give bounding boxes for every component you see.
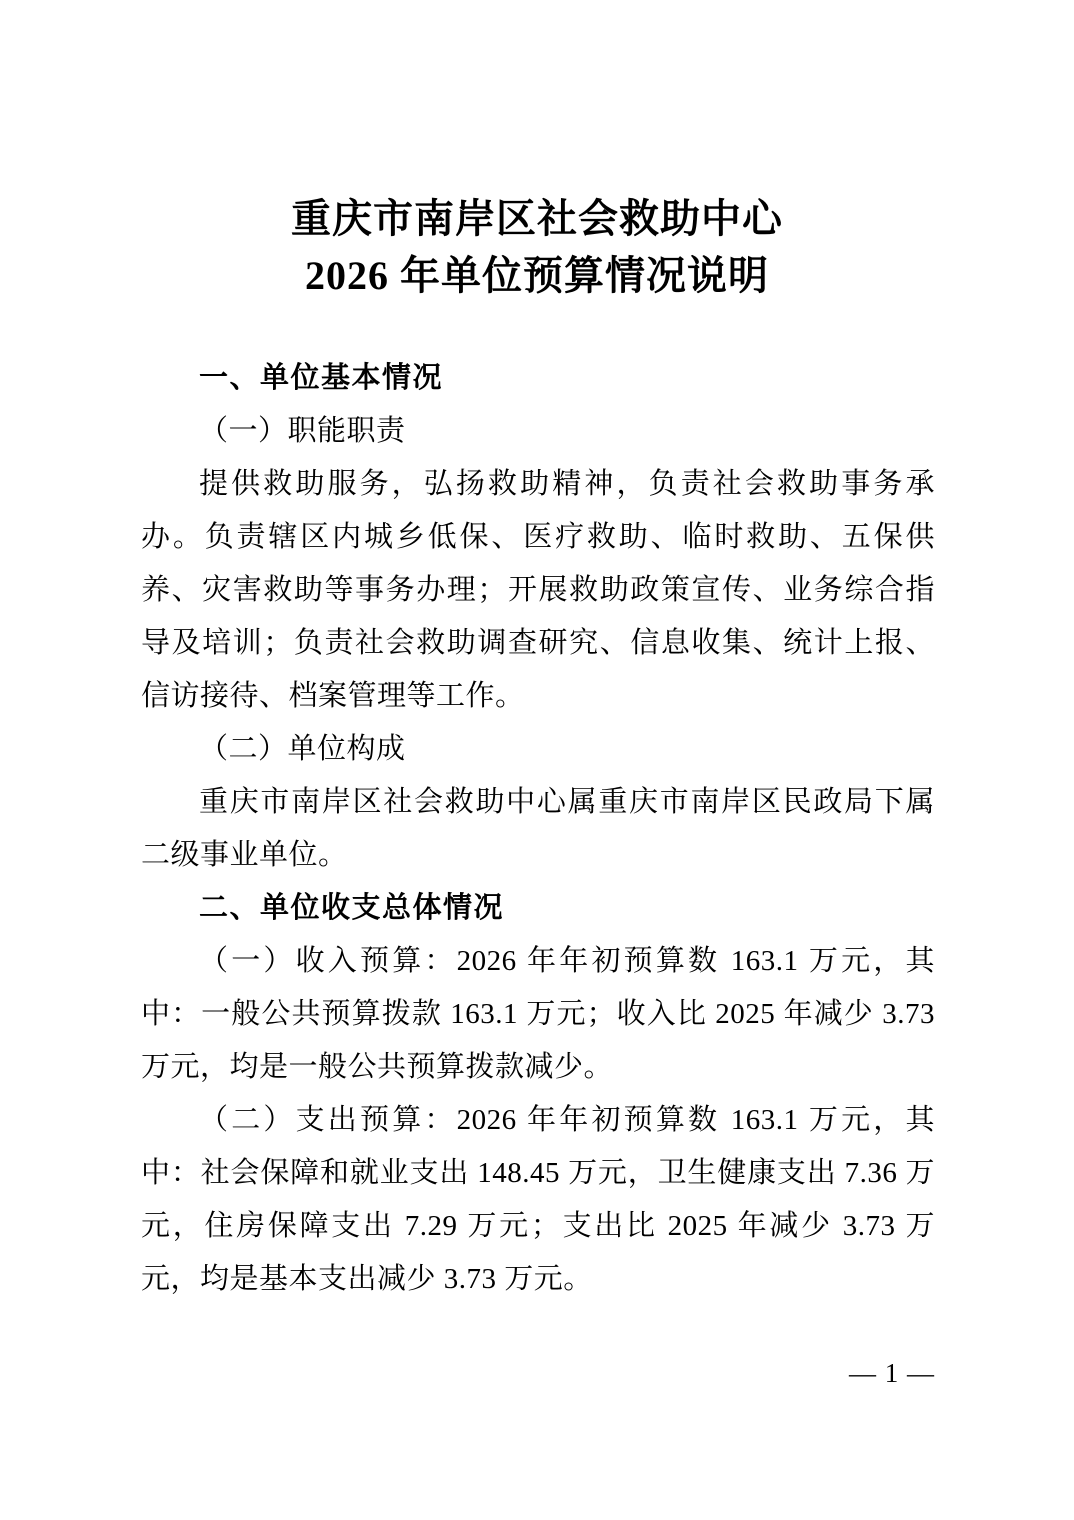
document-title: 重庆市南岸区社会救助中心 2026 年单位预算情况说明 <box>0 0 1074 304</box>
paragraph-expenditure-budget: （二）支出预算：2026 年年初预算数 163.1 万元，其中：社会保障和就业支… <box>141 1094 935 1306</box>
sub-heading-composition: （二）单位构成 <box>141 723 935 776</box>
section-heading-basic-info: 一、单位基本情况 <box>141 352 935 405</box>
section-heading-budget-overview: 二、单位收支总体情况 <box>141 882 935 935</box>
document-page: 重庆市南岸区社会救助中心 2026 年单位预算情况说明 一、单位基本情况 （一）… <box>0 0 1074 1520</box>
paragraph-income-budget: （一）收入预算：2026 年年初预算数 163.1 万元，其中：一般公共预算拨款… <box>141 935 935 1094</box>
document-body: 一、单位基本情况 （一）职能职责 提供救助服务，弘扬救助精神，负责社会救助事务承… <box>141 352 935 1306</box>
document-title-line-2: 2026 年单位预算情况说明 <box>0 247 1074 304</box>
paragraph-duties: 提供救助服务，弘扬救助精神，负责社会救助事务承办。负责辖区内城乡低保、医疗救助、… <box>141 458 935 723</box>
document-title-line-1: 重庆市南岸区社会救助中心 <box>0 190 1074 247</box>
sub-heading-duties: （一）职能职责 <box>141 405 935 458</box>
paragraph-composition: 重庆市南岸区社会救助中心属重庆市南岸区民政局下属二级事业单位。 <box>141 776 935 882</box>
page-number: — 1 — <box>849 1356 935 1390</box>
